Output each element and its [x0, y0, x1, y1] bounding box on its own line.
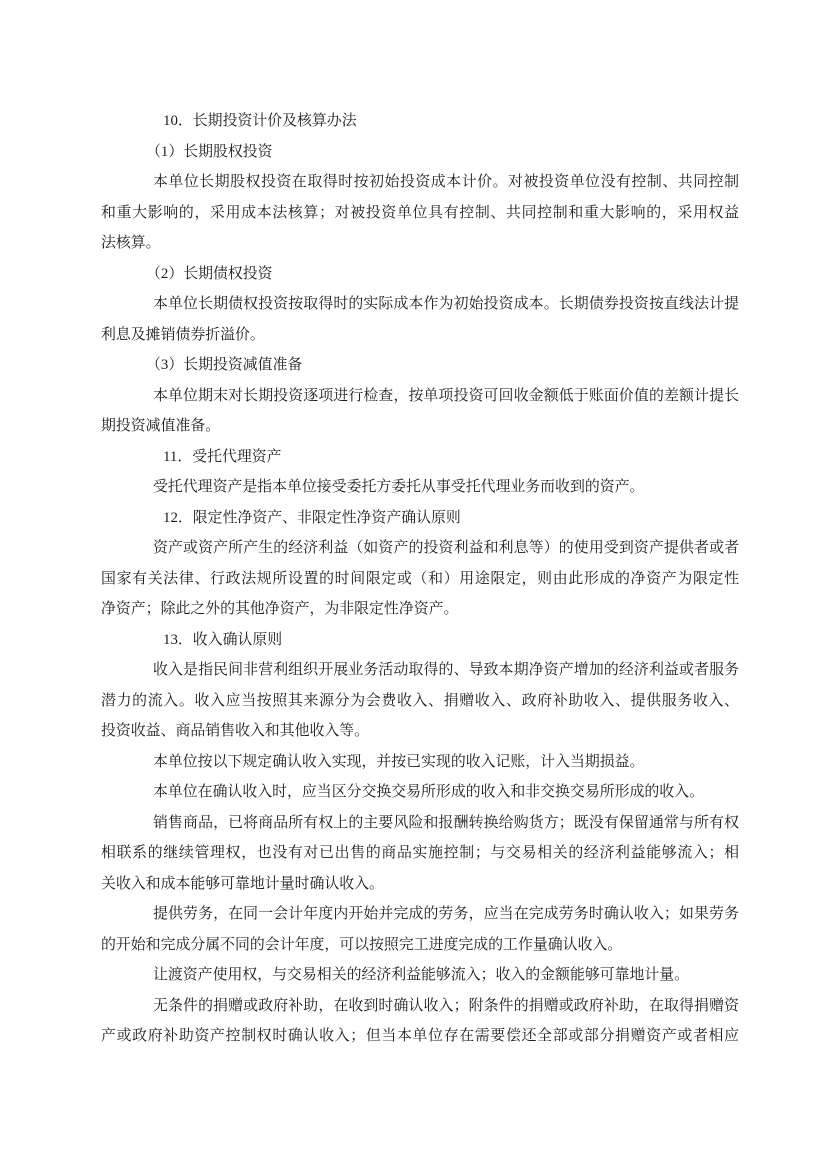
paragraph-debt-investment: 本单位长期债权投资按取得时的实际成本作为初始投资成本。长期债券投资按直线法计提 …: [101, 289, 739, 350]
doc-line: 无条件的捐赠或政府补助，在收到时确认收入；附条件的捐赠或政府补助，在取得捐赠资: [101, 991, 739, 1022]
doc-line: 投资收益、商品销售收入和其他收入等。: [101, 716, 739, 747]
doc-line: 让渡资产使用权，与交易相关的经济利益能够流入；收入的金额能够可靠地计量。: [101, 960, 739, 991]
doc-line: 10．长期投资计价及核算办法: [101, 106, 739, 137]
doc-line: 11．受托代理资产: [101, 442, 739, 473]
doc-line: 和重大影响的，采用成本法核算；对被投资单位具有控制、共同控制和重大影响的，采用权…: [101, 198, 739, 229]
paragraph-restricted-net-assets: 资产或资产所产生的经济利益（如资产的投资利益和利息等）的使用受到资产提供者或者 …: [101, 533, 739, 625]
doc-line: 利息及摊销债券折溢价。: [101, 320, 739, 351]
doc-line: 潜力的流入。收入应当按照其来源分为会费收入、捐赠收入、政府补助收入、提供服务收入…: [101, 686, 739, 717]
doc-line: 12．限定性净资产、非限定性净资产确认原则: [101, 503, 739, 534]
doc-line: 资产或资产所产生的经济利益（如资产的投资利益和利息等）的使用受到资产提供者或者: [101, 533, 739, 564]
doc-line: 相联系的继续管理权，也没有对已出售的商品实施控制；与交易相关的经济利益能够流入；…: [101, 838, 739, 869]
doc-line: 本单位期末对长期投资逐项进行检查，按单项投资可回收金额低于账面价值的差额计提长: [101, 381, 739, 412]
subheading-3-impairment-provision: （3）长期投资减值准备: [101, 350, 739, 381]
doc-line: （3）长期投资减值准备: [101, 350, 739, 381]
doc-line: （2）长期债权投资: [101, 259, 739, 290]
heading-section-12: 12．限定性净资产、非限定性净资产确认原则: [101, 503, 739, 534]
paragraph-goods-sales: 销售商品，已将商品所有权上的主要风险和报酬转换给购货方；既没有保留通常与所有权 …: [101, 808, 739, 900]
paragraph-service-provision: 提供劳务，在同一会计年度内开始并完成的劳务，应当在完成劳务时确认收入；如果劳务 …: [101, 899, 739, 960]
paragraph-impairment-provision: 本单位期末对长期投资逐项进行检查，按单项投资可回收金额低于账面价值的差额计提长 …: [101, 381, 739, 442]
doc-line: 的开始和完成分属不同的会计年度，可以按照完工进度完成的工作量确认收入。: [101, 930, 739, 961]
doc-line: （1）长期股权投资: [101, 137, 739, 168]
paragraph-revenue-recognition-rule: 本单位按以下规定确认收入实现，并按已实现的收入记账，计入当期损益。: [101, 747, 739, 778]
doc-line: 净资产；除此之外的其他净资产，为非限定性净资产。: [101, 594, 739, 625]
paragraph-donations-subsidies: 无条件的捐赠或政府补助，在收到时确认收入；附条件的捐赠或政府补助，在取得捐赠资 …: [101, 991, 739, 1052]
doc-line: 本单位长期股权投资在取得时按初始投资成本计价。对被投资单位没有控制、共同控制: [101, 167, 739, 198]
heading-section-13: 13．收入确认原则: [101, 625, 739, 656]
doc-line: 13．收入确认原则: [101, 625, 739, 656]
doc-line: 收入是指民间非营利组织开展业务活动取得的、导致本期净资产增加的经济利益或者服务: [101, 655, 739, 686]
doc-line: 提供劳务，在同一会计年度内开始并完成的劳务，应当在完成劳务时确认收入；如果劳务: [101, 899, 739, 930]
doc-line: 本单位长期债权投资按取得时的实际成本作为初始投资成本。长期债券投资按直线法计提: [101, 289, 739, 320]
paragraph-entrusted-assets: 受托代理资产是指本单位接受委托方委托从事受托代理业务而收到的资产。: [101, 472, 739, 503]
paragraph-exchange-distinction: 本单位在确认收入时，应当区分交换交易所形成的收入和非交换交易所形成的收入。: [101, 777, 739, 808]
doc-line: 国家有关法律、行政法规所设置的时间限定或（和）用途限定，则由此形成的净资产为限定…: [101, 564, 739, 595]
document-text-block: 10．长期投资计价及核算办法 （1）长期股权投资 本单位长期股权投资在取得时按初…: [101, 106, 739, 1052]
paragraph-revenue-definition: 收入是指民间非营利组织开展业务活动取得的、导致本期净资产增加的经济利益或者服务 …: [101, 655, 739, 747]
paragraph-equity-investment: 本单位长期股权投资在取得时按初始投资成本计价。对被投资单位没有控制、共同控制 和…: [101, 167, 739, 259]
subheading-2-debt-investment: （2）长期债权投资: [101, 259, 739, 290]
doc-line: 受托代理资产是指本单位接受委托方委托从事受托代理业务而收到的资产。: [101, 472, 739, 503]
doc-line: 期投资减值准备。: [101, 411, 739, 442]
doc-line: 关收入和成本能够可靠地计量时确认收入。: [101, 869, 739, 900]
document-page: 10．长期投资计价及核算办法 （1）长期股权投资 本单位长期股权投资在取得时按初…: [0, 0, 826, 1169]
heading-section-11: 11．受托代理资产: [101, 442, 739, 473]
doc-line: 本单位按以下规定确认收入实现，并按已实现的收入记账，计入当期损益。: [101, 747, 739, 778]
doc-line: 销售商品，已将商品所有权上的主要风险和报酬转换给购货方；既没有保留通常与所有权: [101, 808, 739, 839]
heading-section-10: 10．长期投资计价及核算办法: [101, 106, 739, 137]
paragraph-asset-use-rights: 让渡资产使用权，与交易相关的经济利益能够流入；收入的金额能够可靠地计量。: [101, 960, 739, 991]
doc-line: 本单位在确认收入时，应当区分交换交易所形成的收入和非交换交易所形成的收入。: [101, 777, 739, 808]
doc-line: 产或政府补助资产控制权时确认收入；但当本单位存在需要偿还全部或部分捐赠资产或者相…: [101, 1021, 739, 1052]
subheading-1-equity-investment: （1）长期股权投资: [101, 137, 739, 168]
doc-line: 法核算。: [101, 228, 739, 259]
